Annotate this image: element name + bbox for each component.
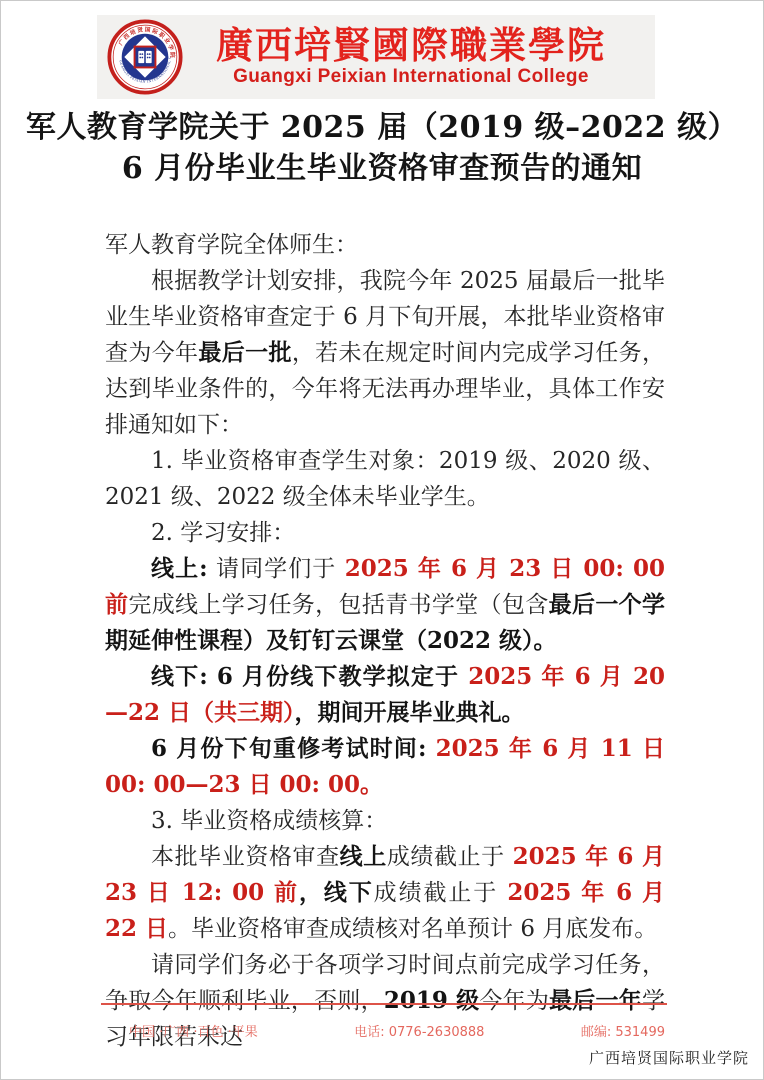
footer-divider bbox=[101, 1003, 667, 1005]
text-segment: 今年为 bbox=[479, 988, 549, 1014]
college-names: 廣西培賢國際職業學院 Guangxi Peixian International… bbox=[183, 26, 645, 88]
text-segment: 成绩截止于 bbox=[387, 844, 513, 870]
text-segment: 本批毕业资格审查 bbox=[151, 844, 340, 870]
text-segment: 2. 学习安排： bbox=[151, 520, 295, 546]
text-segment: 线下 bbox=[324, 879, 374, 906]
paragraph-grades: 本批毕业资格审查线上成绩截止于 2025 年 6 月 23 日 12: 00 前… bbox=[105, 839, 665, 947]
text-segment: 线下: 6 月份线下教学拟定于 bbox=[151, 663, 468, 690]
paragraph-intro: 根据教学计划安排，我院今年 2025 届最后一批毕业生毕业资格审查定于 6 月下… bbox=[105, 263, 665, 443]
paragraph-retake-exam: 6 月份下旬重修考试时间: 2025 年 6 月 11 日 00: 00—23 … bbox=[105, 731, 665, 803]
document-title-line2: 6 月份毕业生毕业资格审查预告的通知 bbox=[1, 148, 763, 189]
document-page: 广西培贤国际职业学院 GUANGXI PEIXIAN INTERNATIONAL… bbox=[0, 0, 764, 1080]
footer-info: 中国 ·广西 ·百色 ·平果 电话: 0776-2630888 邮编: 5314… bbox=[101, 1021, 667, 1040]
paragraph-item3: 3. 毕业资格成绩核算： bbox=[105, 803, 665, 839]
text-segment: 完成线上学习任务，包括青书学堂（包含 bbox=[128, 592, 548, 618]
text-segment: 线上: bbox=[151, 555, 208, 582]
college-name-zh: 廣西培賢國際職業學院 bbox=[183, 26, 639, 65]
paragraph-item2: 2. 学习安排： bbox=[105, 515, 665, 551]
document-title-line1: 军人教育学院关于 2025 届（2019 级–2022 级） bbox=[1, 107, 763, 148]
paragraph-online: 线上: 请同学们于 2025 年 6 月 23 日 00: 00 前完成线上学习… bbox=[105, 551, 665, 659]
text-segment: ，期间开展毕业典礼。 bbox=[295, 699, 525, 726]
paragraph-offline: 线下: 6 月份线下教学拟定于 2025 年 6 月 20—22 日（共三期），… bbox=[105, 659, 665, 731]
text-segment: 。毕业资格审查成绩核对名单预计 6 月底发布。 bbox=[168, 916, 657, 942]
text-segment: 2019 级 bbox=[384, 987, 480, 1014]
page-caption: 广西培贤国际职业学院 bbox=[589, 1047, 749, 1068]
text-segment: 成绩截止于 bbox=[374, 880, 508, 906]
paragraph-item1: 1. 毕业资格审查学生对象：2019 级、2020 级、2021 级、2022 … bbox=[105, 443, 665, 515]
text-segment: 线上 bbox=[340, 843, 387, 870]
footer-postcode: 邮编: 531499 bbox=[581, 1021, 665, 1040]
college-name-en: Guangxi Peixian International College bbox=[183, 66, 639, 88]
text-segment: 最后一年 bbox=[549, 987, 642, 1014]
footer-address: 中国 ·广西 ·百色 ·平果 bbox=[129, 1021, 258, 1040]
text-segment: 请同学们于 bbox=[208, 556, 345, 582]
text-segment: 最后一批 bbox=[198, 339, 291, 366]
text-segment: ， bbox=[299, 879, 324, 906]
header-banner: 广西培贤国际职业学院 GUANGXI PEIXIAN INTERNATIONAL… bbox=[97, 15, 655, 99]
text-segment: 3. 毕业资格成绩核算： bbox=[151, 808, 387, 834]
text-segment: 6 月份下旬重修考试时间: bbox=[151, 735, 436, 762]
footer-phone: 电话: 0776-2630888 bbox=[354, 1021, 484, 1040]
document-title: 军人教育学院关于 2025 届（2019 级–2022 级） 6 月份毕业生毕业… bbox=[1, 107, 763, 189]
text-segment: 军人教育学院全体师生： bbox=[105, 232, 358, 258]
college-seal-icon: 广西培贤国际职业学院 GUANGXI PEIXIAN INTERNATIONAL… bbox=[107, 19, 183, 95]
document-body: 军人教育学院全体师生： 根据教学计划安排，我院今年 2025 届最后一批毕业生毕… bbox=[105, 227, 665, 1055]
salutation: 军人教育学院全体师生： bbox=[105, 227, 665, 263]
text-segment: 1. 毕业资格审查学生对象：2019 级、2020 级、2021 级、2022 … bbox=[105, 448, 665, 510]
